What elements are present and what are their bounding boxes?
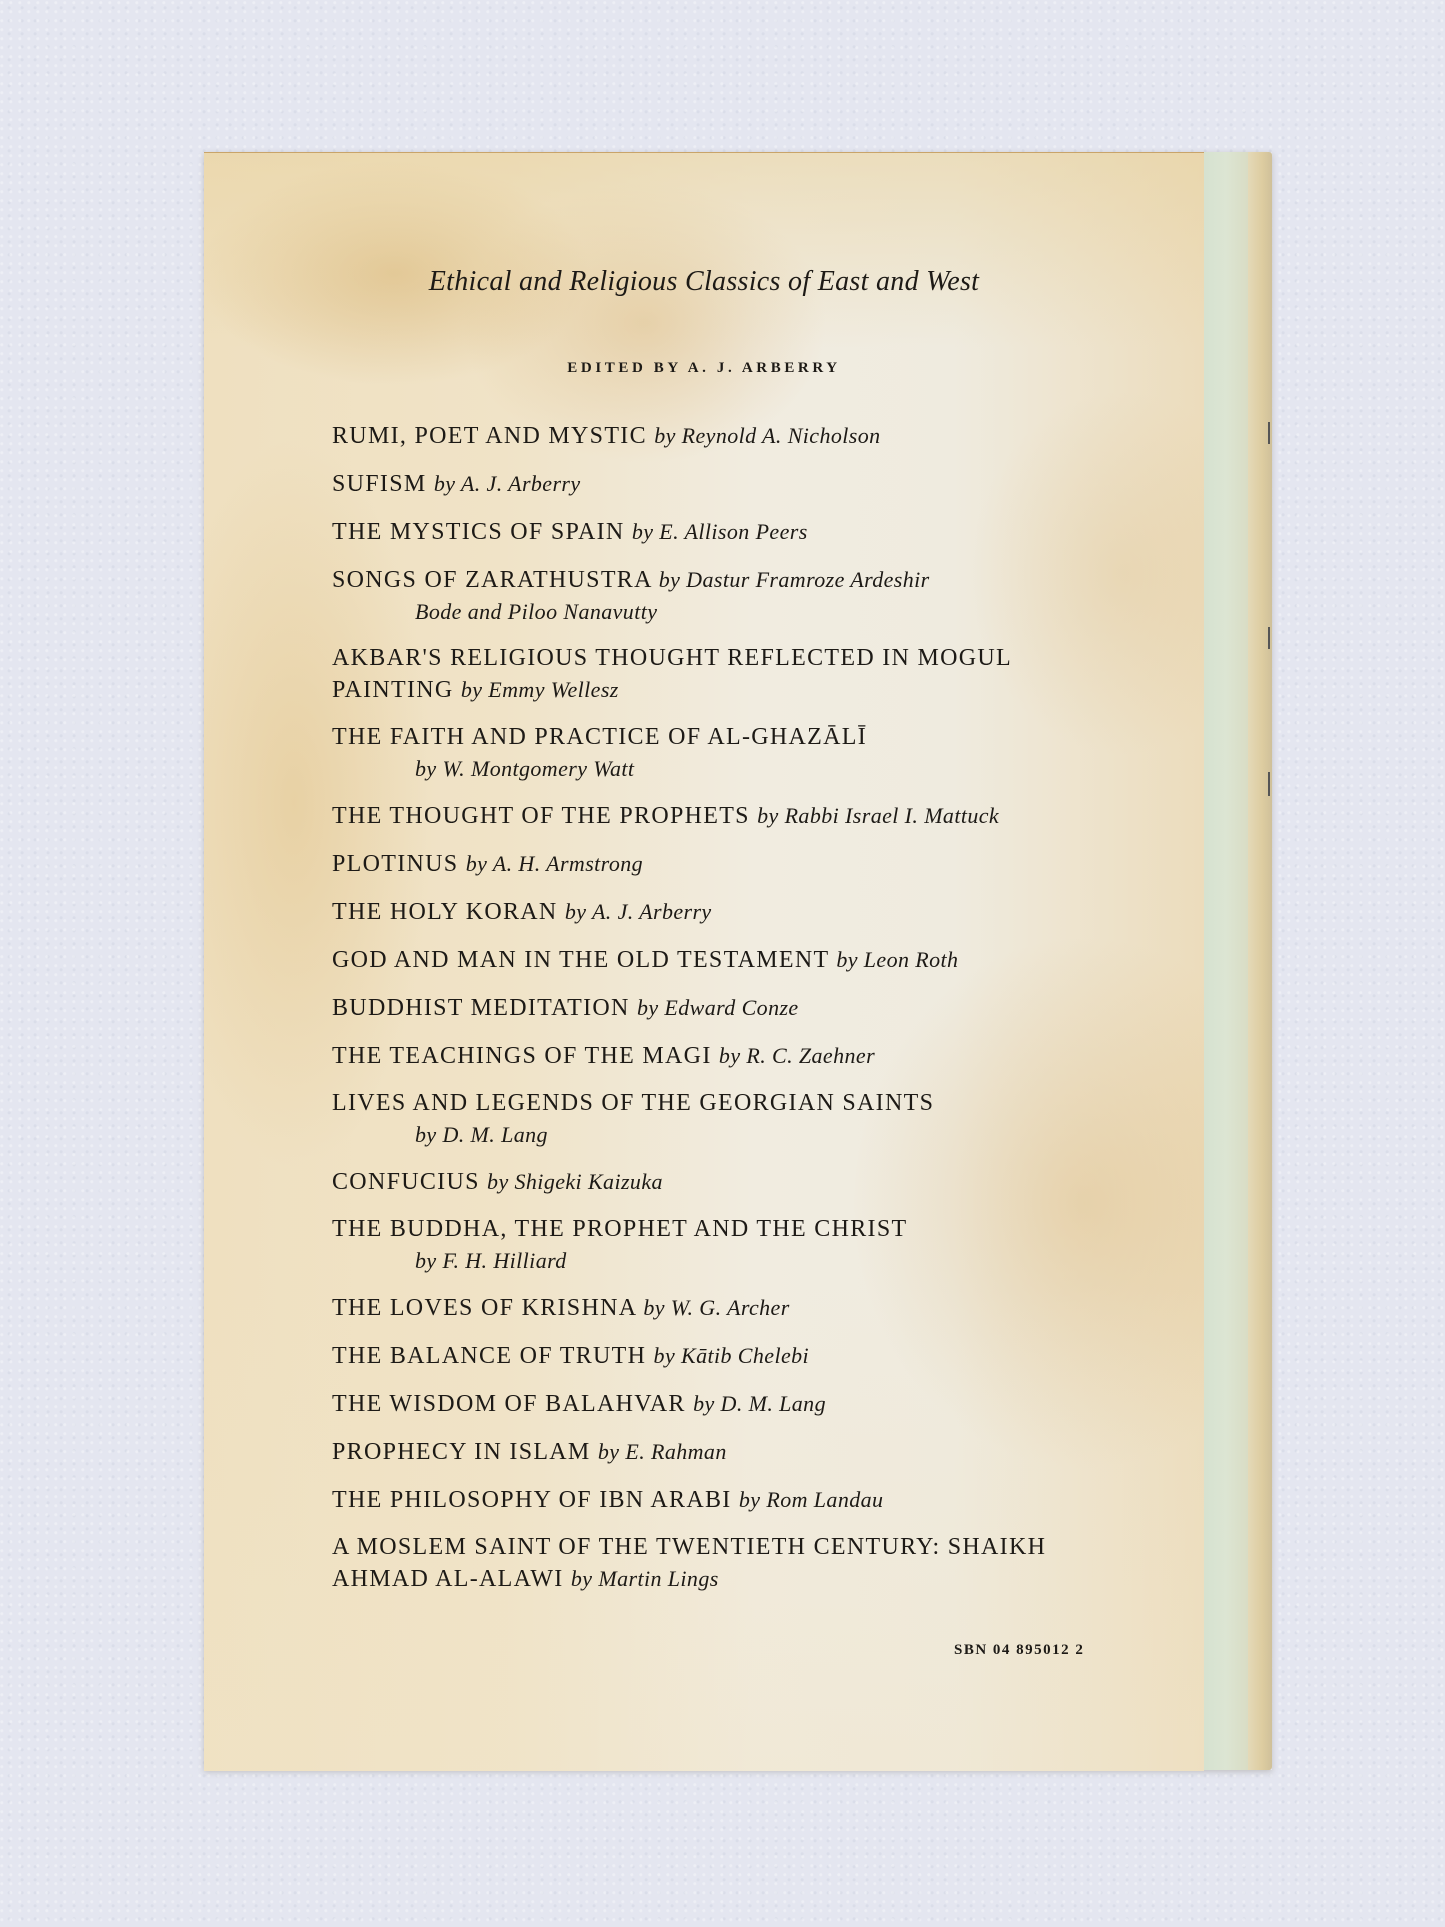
book-author: by A. J. Arberry: [434, 471, 581, 496]
book-title: THE PHILOSOPHY OF IBN ARABI: [332, 1487, 732, 1513]
book-list-item: PROPHECY IN ISLAM by E. Rahman: [332, 1436, 1092, 1468]
book-list-item: THE FAITH AND PRACTICE OF AL-GHAZĀLĪby W…: [332, 722, 1092, 784]
book-title: SONGS OF ZARATHUSTRA: [332, 567, 651, 593]
book-list-item: BUDDHIST MEDITATION by Edward Conze: [332, 992, 1092, 1024]
book-author: by A. J. Arberry: [565, 899, 712, 924]
book-author: by Martin Lings: [571, 1566, 719, 1591]
book-title: THE BUDDHA, THE PROPHET AND THE CHRIST: [332, 1216, 907, 1242]
spine-letter-fragment: [1268, 422, 1270, 444]
spine-edge: [1248, 152, 1272, 1770]
book-list-item: THE LOVES OF KRISHNA by W. G. Archer: [332, 1292, 1092, 1324]
book-list-item: GOD AND MAN IN THE OLD TESTAMENT by Leon…: [332, 944, 1092, 976]
book-author: by E. Rahman: [598, 1439, 727, 1464]
book-title: THE HOLY KORAN: [332, 899, 558, 925]
book-title: THE BALANCE OF TRUTH: [332, 1343, 646, 1369]
book-back-cover: Ethical and Religious Classics of East a…: [204, 152, 1272, 1770]
book-title: THE THOUGHT OF THE PROPHETS: [332, 803, 750, 829]
book-list-item: THE MYSTICS OF SPAIN by E. Allison Peers: [332, 516, 1092, 548]
cover-text: Ethical and Religious Classics of East a…: [204, 152, 1204, 1770]
spine-letter-fragment: [1268, 772, 1270, 796]
book-title: THE LOVES OF KRISHNA: [332, 1295, 636, 1321]
spine-letter-fragment: [1268, 627, 1270, 649]
book-author: by Shigeki Kaizuka: [487, 1169, 663, 1194]
book-list-item: THE TEACHINGS OF THE MAGI by R. C. Zaehn…: [332, 1040, 1092, 1072]
book-author: by Rom Landau: [739, 1487, 884, 1512]
book-author: by Reynold A. Nicholson: [654, 423, 880, 448]
book-author: by Leon Roth: [836, 947, 958, 972]
book-list-item: THE BALANCE OF TRUTH by Kātib Chelebi: [332, 1340, 1092, 1372]
book-author: by R. C. Zaehner: [719, 1043, 875, 1068]
book-author-continued: Bode and Piloo Nanavutty: [332, 596, 1092, 627]
book-author: by D. M. Lang: [693, 1391, 826, 1416]
book-list-item: THE THOUGHT OF THE PROPHETS by Rabbi Isr…: [332, 800, 1092, 832]
book-author-continued: by W. Montgomery Watt: [332, 753, 1092, 784]
book-title: RUMI, POET AND MYSTIC: [332, 423, 647, 449]
book-list-item: LIVES AND LEGENDS OF THE GEORGIAN SAINTS…: [332, 1088, 1092, 1150]
book-list-item: THE PHILOSOPHY OF IBN ARABI by Rom Landa…: [332, 1484, 1092, 1516]
book-author-continued: by D. M. Lang: [332, 1119, 1092, 1150]
book-author: by Rabbi Israel I. Mattuck: [757, 803, 999, 828]
book-list-item: PLOTINUS by A. H. Armstrong: [332, 848, 1092, 880]
book-list-item: THE BUDDHA, THE PROPHET AND THE CHRISTby…: [332, 1214, 1092, 1276]
book-title: PLOTINUS: [332, 851, 458, 877]
book-title: PROPHECY IN ISLAM: [332, 1439, 591, 1465]
book-title: LIVES AND LEGENDS OF THE GEORGIAN SAINTS: [332, 1090, 934, 1116]
book-list-item: RUMI, POET AND MYSTIC by Reynold A. Nich…: [332, 420, 1092, 452]
book-title: GOD AND MAN IN THE OLD TESTAMENT: [332, 947, 829, 973]
book-author: by Kātib Chelebi: [654, 1343, 810, 1368]
book-list-item: AKBAR'S RELIGIOUS THOUGHT REFLECTED IN M…: [332, 643, 1092, 706]
editor-line: EDITED BY A. J. ARBERRY: [204, 360, 1204, 377]
book-title: BUDDHIST MEDITATION: [332, 995, 630, 1021]
book-author: by E. Allison Peers: [632, 519, 808, 544]
spine-color-band: [1204, 152, 1248, 1770]
book-author: by Edward Conze: [637, 995, 799, 1020]
sbn-number: SBN 04 895012 2: [954, 1642, 1084, 1659]
book-title: THE TEACHINGS OF THE MAGI: [332, 1043, 712, 1069]
book-author-continued: by F. H. Hilliard: [332, 1245, 1092, 1276]
book-title: SUFISM: [332, 471, 427, 497]
book-list-item: A MOSLEM SAINT OF THE TWENTIETH CENTURY:…: [332, 1532, 1092, 1595]
book-list-item: THE HOLY KORAN by A. J. Arberry: [332, 896, 1092, 928]
book-author: by Emmy Wellesz: [461, 677, 619, 702]
book-list-item: CONFUCIUS by Shigeki Kaizuka: [332, 1166, 1092, 1198]
book-author: by A. H. Armstrong: [466, 851, 643, 876]
book-list-item: SUFISM by A. J. Arberry: [332, 468, 1092, 500]
book-author: by Dastur Framroze Ardeshir: [659, 567, 930, 592]
book-title: CONFUCIUS: [332, 1169, 480, 1195]
series-title: Ethical and Religious Classics of East a…: [204, 266, 1204, 298]
book-list-item: SONGS OF ZARATHUSTRA by Dastur Framroze …: [332, 564, 1092, 627]
book-author: by W. G. Archer: [643, 1295, 789, 1320]
book-list: RUMI, POET AND MYSTIC by Reynold A. Nich…: [332, 420, 1092, 1611]
book-list-item: THE WISDOM OF BALAHVAR by D. M. Lang: [332, 1388, 1092, 1420]
book-title: THE MYSTICS OF SPAIN: [332, 519, 625, 545]
book-title: AKBAR'S RELIGIOUS THOUGHT REFLECTED IN M…: [332, 645, 1011, 703]
book-title: THE FAITH AND PRACTICE OF AL-GHAZĀLĪ: [332, 724, 867, 750]
book-title: THE WISDOM OF BALAHVAR: [332, 1391, 686, 1417]
